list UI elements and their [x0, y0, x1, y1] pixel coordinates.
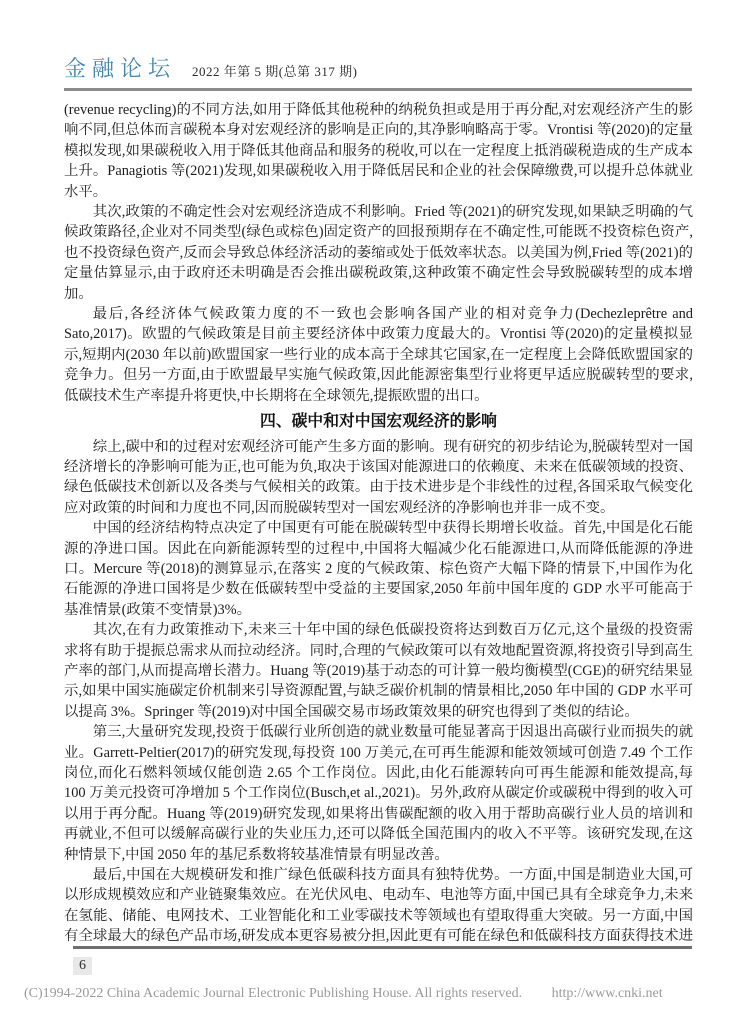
copyright-text: (C)1994-2022 China Academic Journal Elec… [24, 986, 522, 1001]
journal-title: 金融论坛 [64, 52, 176, 83]
cnki-url: http://www.cnki.net [552, 986, 663, 1001]
copyright-line: (C)1994-2022 China Academic Journal Elec… [24, 986, 663, 1002]
page-number: 6 [73, 957, 92, 975]
paragraph-summary: 综上,碳中和的过程对宏观经济可能产生多方面的影响。现有研究的初步结论为,脱碳转型… [64, 437, 693, 519]
paragraph-rd-advantage: 最后,中国在大规模研发和推广绿色低碳科技方面具有独特优势。一方面,中国是制造业大… [64, 865, 693, 945]
paragraph-employment: 第三,大量研究发现,投资于低碳行业所创造的就业数量可能显著高于因退出高碳行业而损… [64, 722, 693, 865]
article-body: (revenue recycling)的不同方法,如用于降低其他税种的纳税负担或… [64, 100, 693, 945]
paragraph-policy-uncertainty: 其次,政策的不确定性会对宏观经济造成不利影响。Fried 等(2021)的研究发… [64, 202, 693, 304]
journal-header: 金融论坛 2022 年第 5 期(总第 317 期) [64, 52, 692, 91]
paragraph-green-investment: 其次,在有力政策推动下,未来三十年中国的绿色低碳投资将达到数百万亿元,这个量级的… [64, 620, 693, 722]
paragraph-competitiveness: 最后,各经济体气候政策力度的不一致也会影响各国产业的相对竞争力(Dechezle… [64, 304, 693, 406]
footer-divider [73, 946, 692, 949]
paragraph-china-structure: 中国的经济结构特点决定了中国更有可能在脱碳转型中获得长期增长收益。首先,中国是化… [64, 518, 693, 620]
paper-page: 金融论坛 2022 年第 5 期(总第 317 期) (revenue recy… [0, 0, 754, 1024]
section-heading: 四、碳中和对中国宏观经济的影响 [64, 412, 693, 432]
journal-issue: 2022 年第 5 期(总第 317 期) [192, 61, 357, 80]
paragraph-revenue-recycling: (revenue recycling)的不同方法,如用于降低其他税种的纳税负担或… [64, 100, 693, 202]
header-divider [64, 88, 692, 91]
